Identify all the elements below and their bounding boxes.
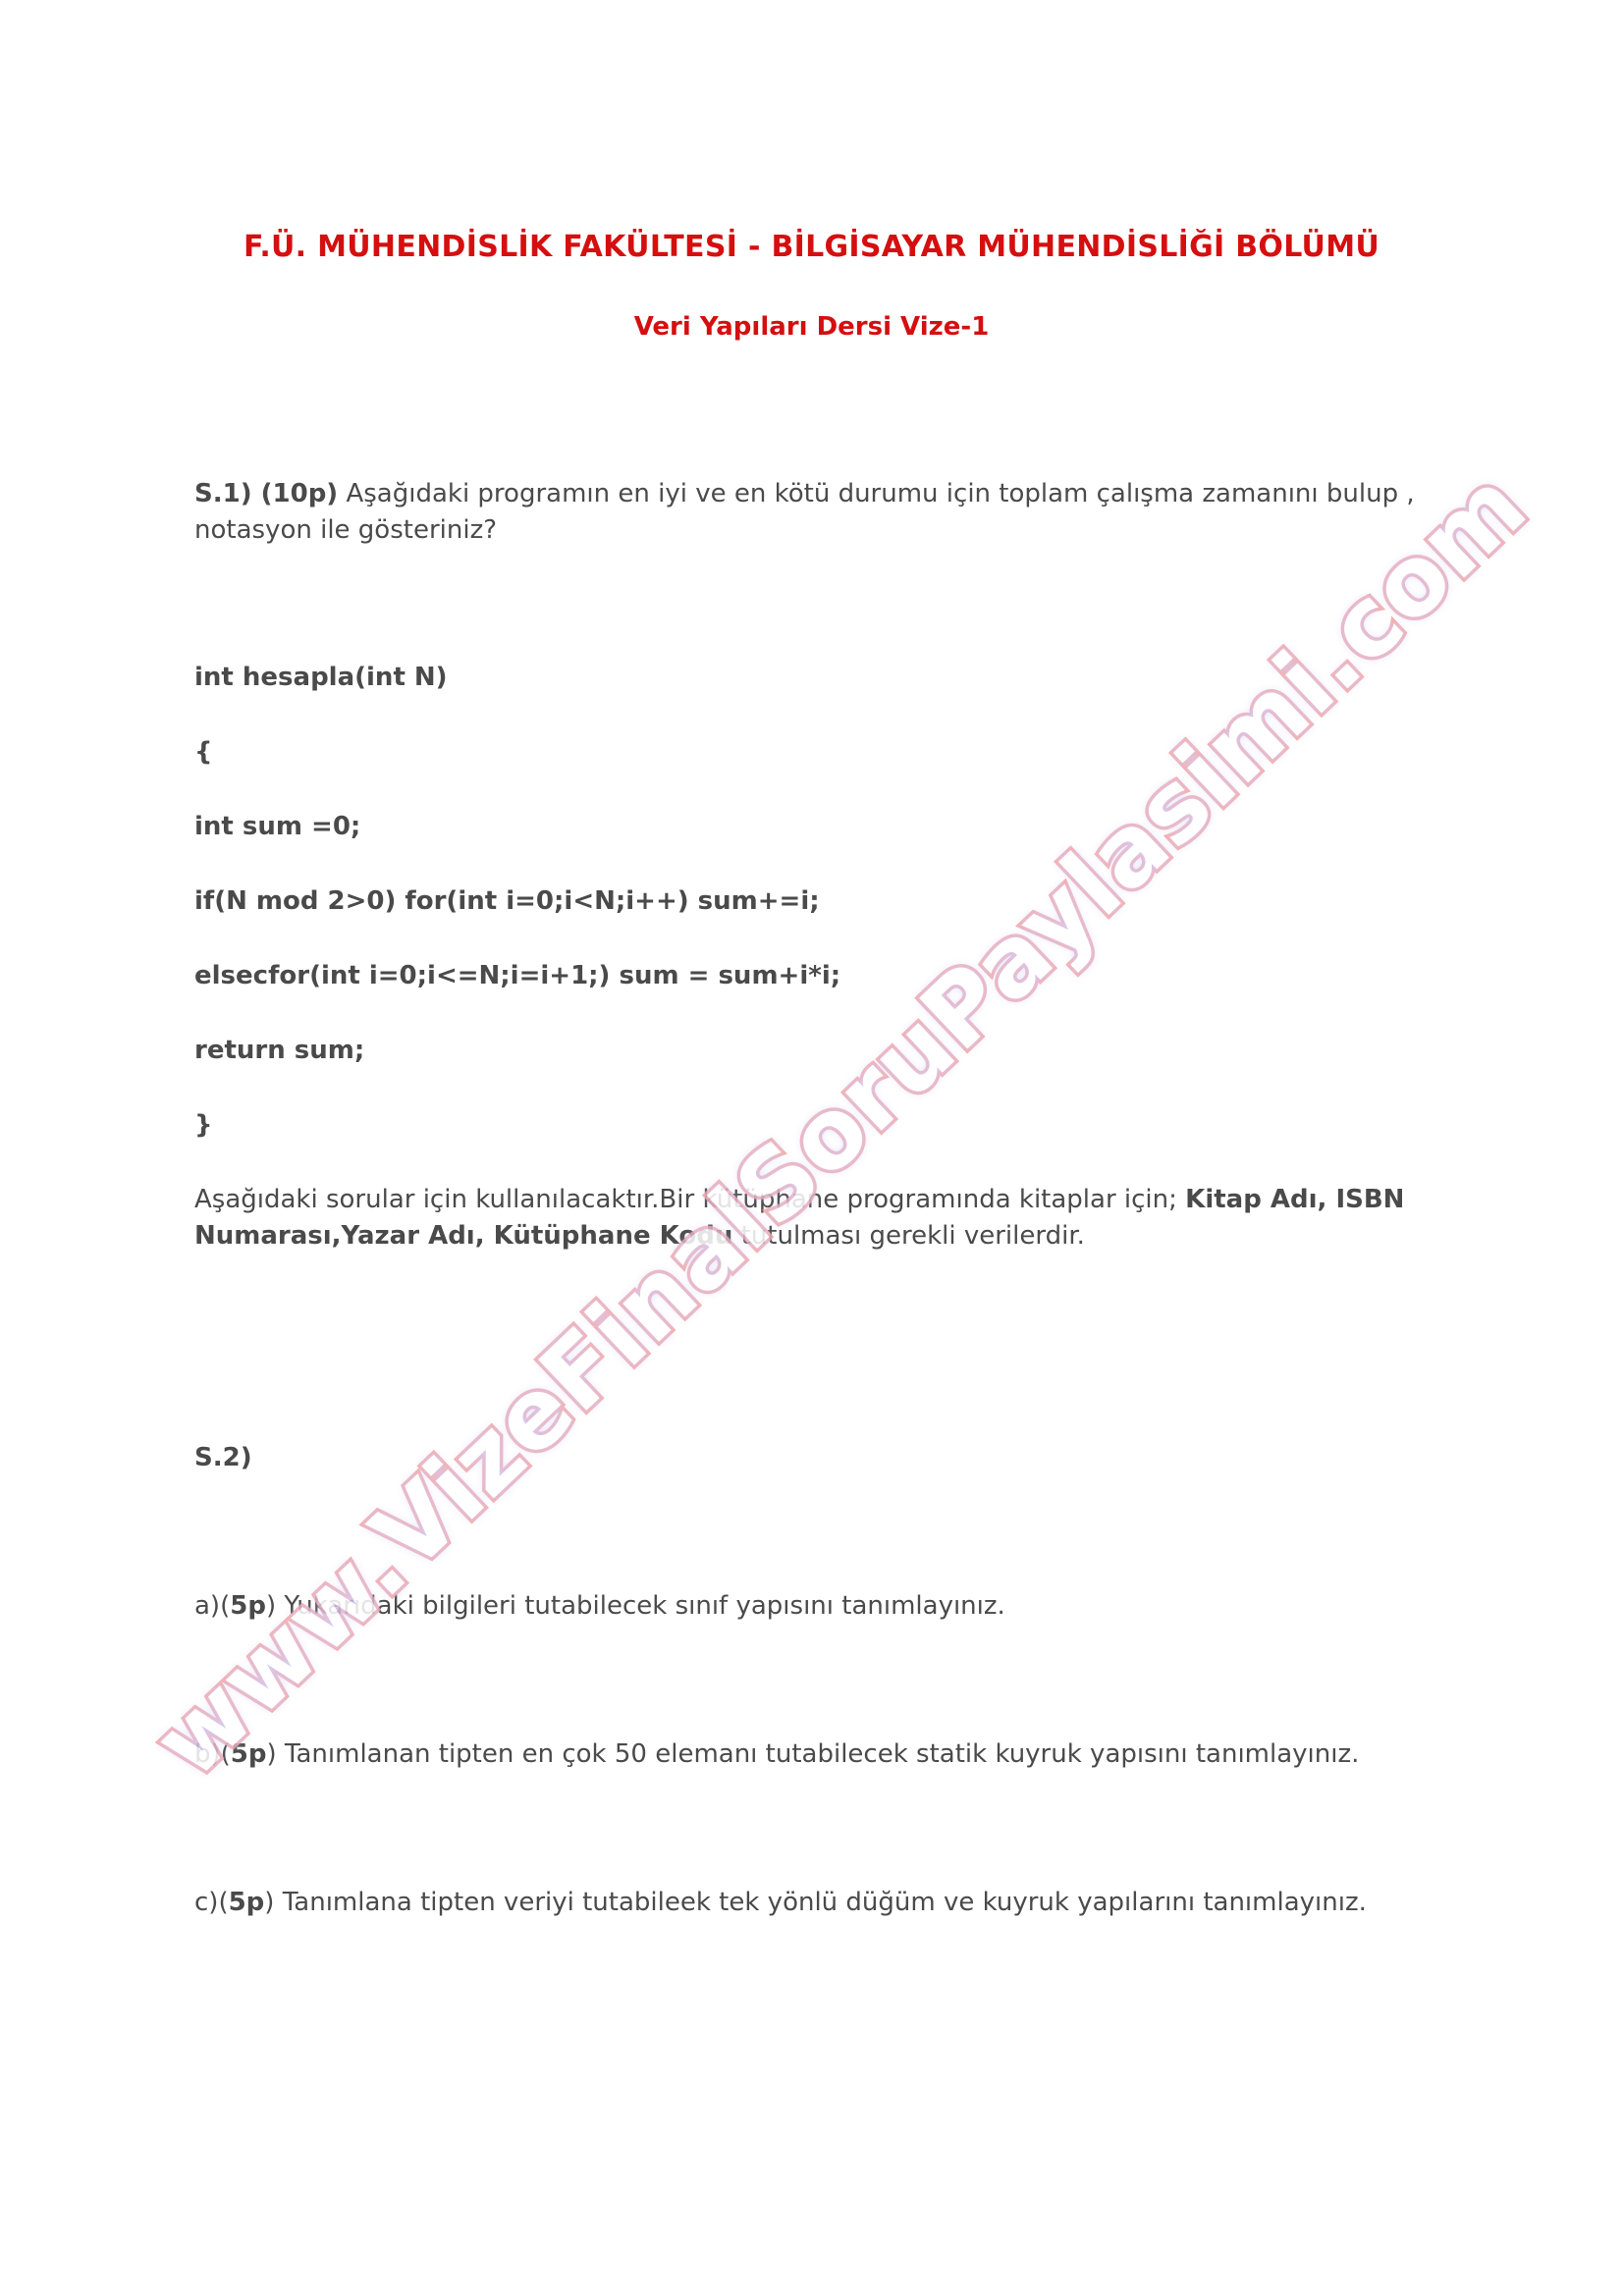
code-line: } [194,1107,213,1144]
part-prefix: c)( [194,1888,229,1917]
question-1-label: S.1) (10p) [194,479,338,508]
question-1-text-line1: Aşağıdaki programın en iyi ve en kötü du… [338,479,1414,508]
part-points: 5p [230,1591,266,1621]
part-text: ) Tanımlanan tipten en çok 50 elemanı tu… [267,1739,1360,1769]
question-1-prompt: S.1) (10p) Aşağıdaki programın en iyi ve… [194,476,1415,512]
code-line: if(N mod 2>0) for(int i=0;i<N;i++) sum+=… [194,883,820,920]
part-prefix: b)( [194,1739,231,1769]
document-subtitle: Veri Yapıları Dersi Vize-1 [0,312,1623,342]
context-line-1: Aşağıdaki sorular için kullanılacaktır.B… [194,1182,1404,1218]
part-prefix: a)( [194,1591,230,1621]
code-line: { [194,734,213,771]
code-line: int sum =0; [194,809,360,845]
code-line: int hesapla(int N) [194,660,448,696]
question-2-part-b: b)(5p) Tanımlanan tipten en çok 50 elema… [194,1736,1359,1773]
part-points: 5p [231,1739,267,1769]
context-fields: Numarası,Yazar Adı, Kütüphane Kodu [194,1221,732,1251]
part-text: ) Yukarıdaki bilgileri tutabilecek sınıf… [266,1591,1005,1621]
question-2-label: S.2) [194,1440,252,1476]
code-line: return sum; [194,1033,364,1069]
part-text: ) Tanımlana tipten veriyi tutabileek tek… [264,1888,1367,1917]
context-line-2: Numarası,Yazar Adı, Kütüphane Kodu tutul… [194,1218,1085,1255]
context-text: tutulması gerekli verilerdir. [732,1221,1085,1251]
context-text: Aşağıdaki sorular için kullanılacaktır.B… [194,1185,1185,1214]
question-1-text-line2: notasyon ile gösteriniz? [194,512,497,549]
part-points: 5p [229,1888,265,1917]
question-2-part-c: c)(5p) Tanımlana tipten veriyi tutabilee… [194,1885,1367,1921]
code-line: elsecfor(int i=0;i<=N;i=i+1;) sum = sum+… [194,958,840,994]
document-title: F.Ü. MÜHENDİSLİK FAKÜLTESİ - BİLGİSAYAR … [0,230,1623,264]
context-fields: Kitap Adı, ISBN [1185,1185,1404,1214]
question-2-part-a: a)(5p) Yukarıdaki bilgileri tutabilecek … [194,1588,1005,1625]
